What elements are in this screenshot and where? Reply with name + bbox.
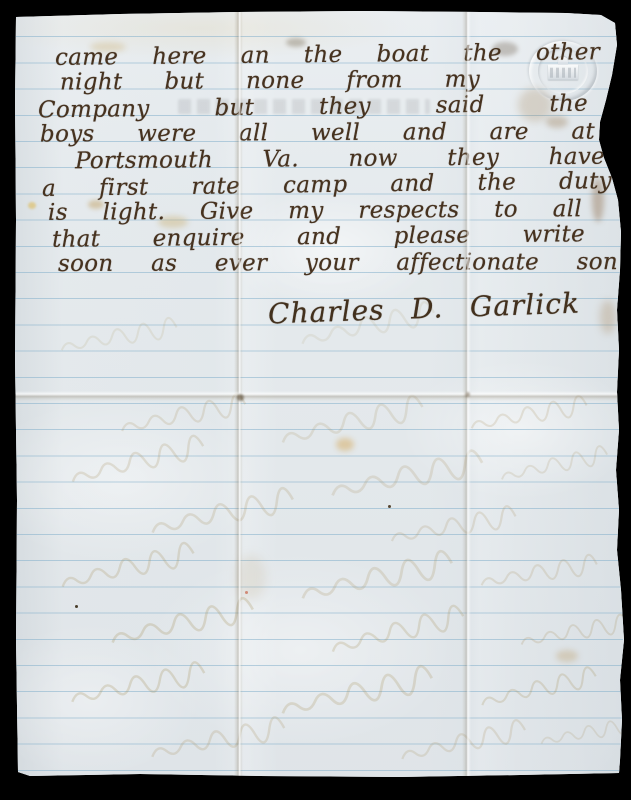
letter-paper: came here an the boat the other night bu… [0,0,631,800]
scanned-letter-page: { "letter": { "lines": [ "came here an t… [0,0,631,800]
paper-edge-shading [0,0,631,800]
scan-background: came here an the boat the other night bu… [0,0,631,800]
